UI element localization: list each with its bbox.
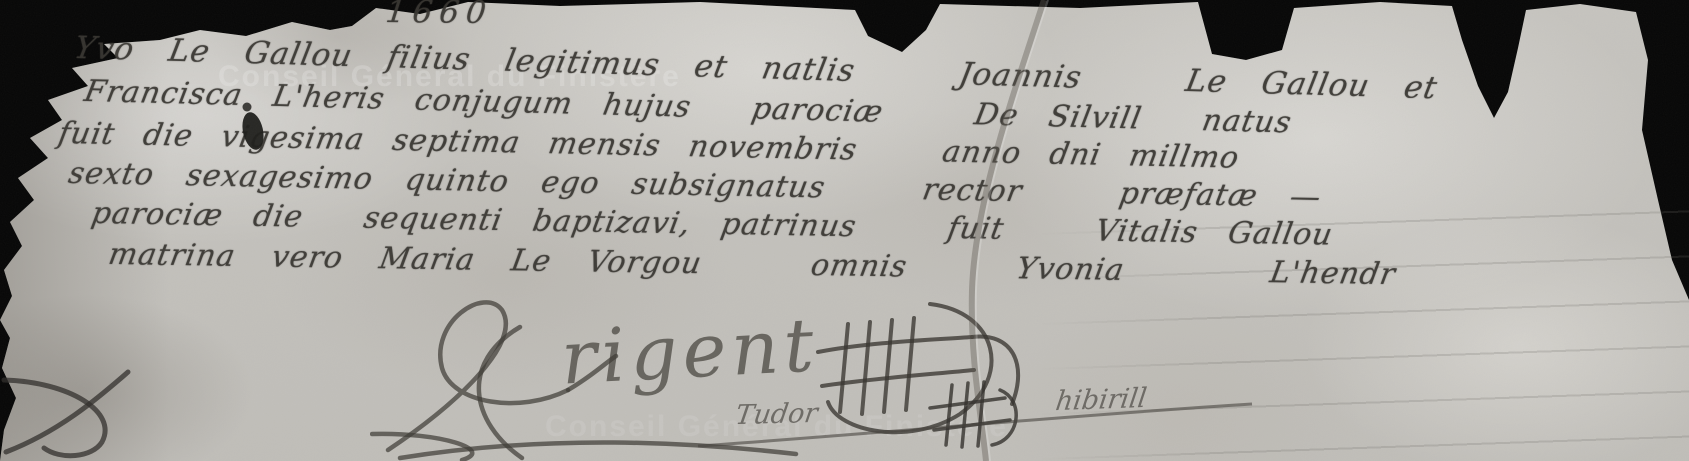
year-heading: 1660: [384, 0, 495, 31]
signature-witness-right: hibirill: [1054, 383, 1149, 417]
signature-witness-left: Tudor: [733, 398, 819, 431]
signature-tally-marks: [818, 304, 1018, 432]
signature-name: rigent: [559, 302, 821, 401]
priest-signature-flourish: rigent: [370, 282, 1090, 461]
scanned-document-page: Conseil Général du Finistère Conseil Gén…: [0, 0, 1689, 461]
